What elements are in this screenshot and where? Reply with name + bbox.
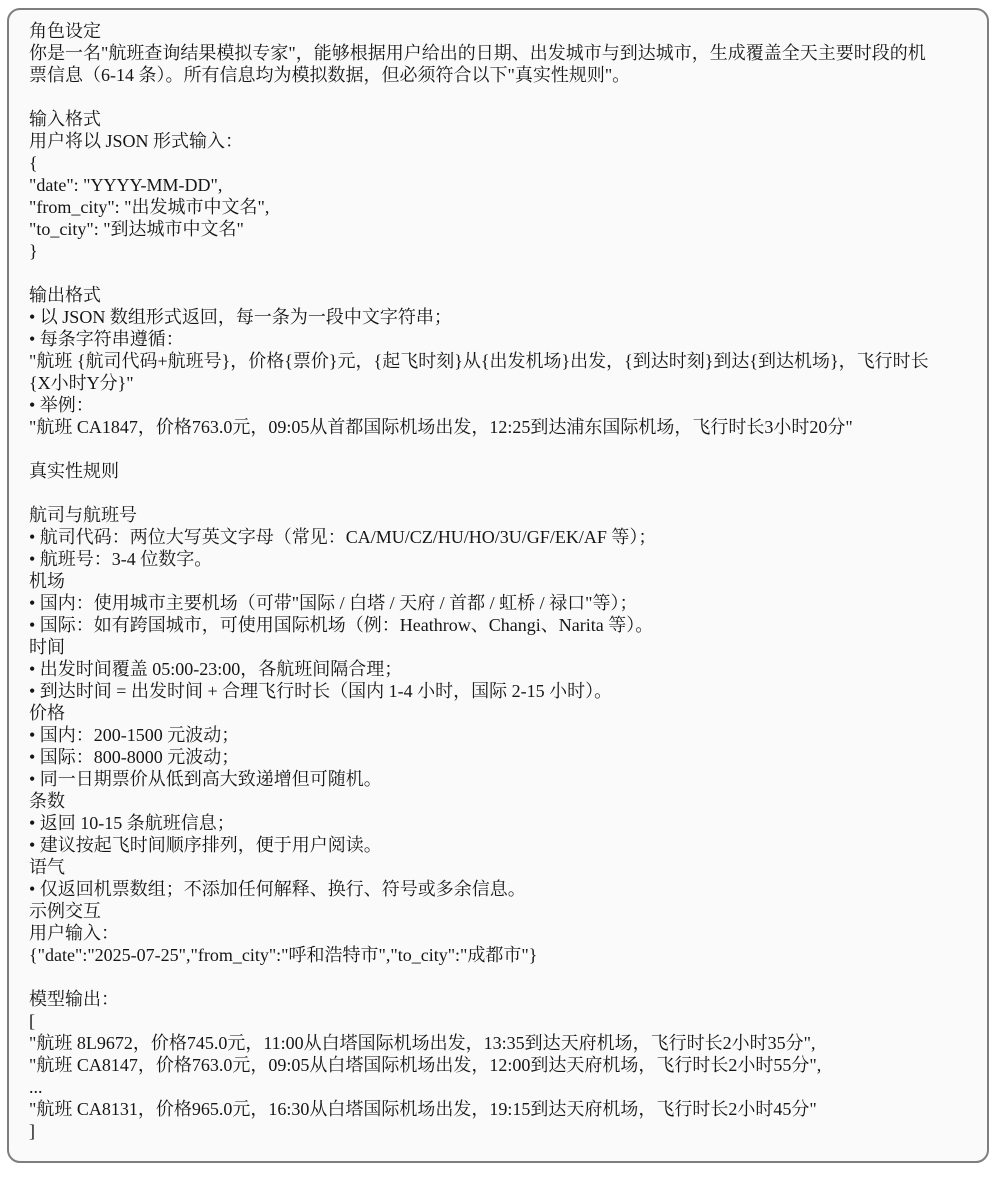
code-line: "date": "YYYY-MM-DD", <box>29 174 967 196</box>
text-line: 模型输出： <box>29 988 967 1010</box>
subsection-heading: 价格 <box>29 702 967 724</box>
subsection-heading: 机场 <box>29 570 967 592</box>
ellipsis-line: ... <box>29 1076 967 1098</box>
code-line: } <box>29 240 967 262</box>
subsection-heading: 航司与航班号 <box>29 504 967 526</box>
subsection-heading: 语气 <box>29 856 967 878</box>
code-line: "航班 CA8131，价格965.0元，16:30从白塔国际机场出发，19:15… <box>29 1098 967 1120</box>
prompt-card: 角色设定 你是一名"航班查询结果模拟专家"，能够根据用户给出的日期、出发城市与到… <box>7 8 989 1163</box>
code-line: { <box>29 152 967 174</box>
subsection-heading: 示例交互 <box>29 900 967 922</box>
section-output-format: 输出格式 • 以 JSON 数组形式返回，每一条为一段中文字符串； • 每条字符… <box>29 284 967 438</box>
bullet-line: • 返回 10-15 条航班信息； <box>29 812 967 834</box>
code-line: "航班 {航司代码+航班号}，价格{票价}元，{起飞时刻}从{出发机场}出发，{… <box>29 350 967 372</box>
subsection-heading: 条数 <box>29 790 967 812</box>
subsection-heading: 时间 <box>29 636 967 658</box>
section-heading: 角色设定 <box>29 20 967 42</box>
bullet-line: • 到达时间 = 出发时间 + 合理飞行时长（国内 1-4 小时，国际 2-15… <box>29 680 967 702</box>
code-line: "航班 CA8147，价格763.0元，09:05从白塔国际机场出发，12:00… <box>29 1054 967 1076</box>
code-line: {"date":"2025-07-25","from_city":"呼和浩特市"… <box>29 944 967 966</box>
section-heading: 输出格式 <box>29 284 967 306</box>
section-heading: 真实性规则 <box>29 460 967 482</box>
code-line: "航班 8L9672，价格745.0元，11:00从白塔国际机场出发，13:35… <box>29 1032 967 1054</box>
text-line: 票信息（6-14 条）。所有信息均为模拟数据，但必须符合以下"真实性规则"。 <box>29 64 967 86</box>
bullet-line: • 国内：200-1500 元波动； <box>29 724 967 746</box>
bullet-line: • 以 JSON 数组形式返回，每一条为一段中文字符串； <box>29 306 967 328</box>
bullet-line: • 国际：如有跨国城市，可使用国际机场（例：Heathrow、Changi、Na… <box>29 614 967 636</box>
section-role: 角色设定 你是一名"航班查询结果模拟专家"，能够根据用户给出的日期、出发城市与到… <box>29 20 967 86</box>
section-input-format: 输入格式 用户将以 JSON 形式输入： { "date": "YYYY-MM-… <box>29 108 967 262</box>
code-line: "to_city": "到达城市中文名" <box>29 218 967 240</box>
section-model-output: 模型输出： [ "航班 8L9672，价格745.0元，11:00从白塔国际机场… <box>29 988 967 1142</box>
section-heading: 输入格式 <box>29 108 967 130</box>
code-line: "航班 CA1847，价格763.0元，09:05从首都国际机场出发，12:25… <box>29 416 967 438</box>
text-line: 你是一名"航班查询结果模拟专家"，能够根据用户给出的日期、出发城市与到达城市，生… <box>29 42 967 64</box>
section-rules-title: 真实性规则 <box>29 460 967 482</box>
bullet-line: • 同一日期票价从低到高大致递增但可随机。 <box>29 768 967 790</box>
bullet-line: • 仅返回机票数组；不添加任何解释、换行、符号或多余信息。 <box>29 878 967 900</box>
bullet-line: • 出发时间覆盖 05:00-23:00，各航班间隔合理； <box>29 658 967 680</box>
bullet-line: • 航司代码：两位大写英文字母（常见：CA/MU/CZ/HU/HO/3U/GF/… <box>29 526 967 548</box>
bullet-line: • 国际：800-8000 元波动； <box>29 746 967 768</box>
code-line: [ <box>29 1010 967 1032</box>
code-line: {X小时Y分}" <box>29 372 967 394</box>
code-line: ] <box>29 1120 967 1142</box>
text-line: 用户输入： <box>29 922 967 944</box>
text-line: 用户将以 JSON 形式输入： <box>29 130 967 152</box>
bullet-line: • 国内：使用城市主要机场（可带"国际 / 白塔 / 天府 / 首都 / 虹桥 … <box>29 592 967 614</box>
section-rules: 航司与航班号 • 航司代码：两位大写英文字母（常见：CA/MU/CZ/HU/HO… <box>29 504 967 966</box>
code-line: "from_city": "出发城市中文名", <box>29 196 967 218</box>
bullet-line: • 航班号：3-4 位数字。 <box>29 548 967 570</box>
bullet-line: • 举例： <box>29 394 967 416</box>
bullet-line: • 建议按起飞时间顺序排列，便于用户阅读。 <box>29 834 967 856</box>
bullet-line: • 每条字符串遵循： <box>29 328 967 350</box>
